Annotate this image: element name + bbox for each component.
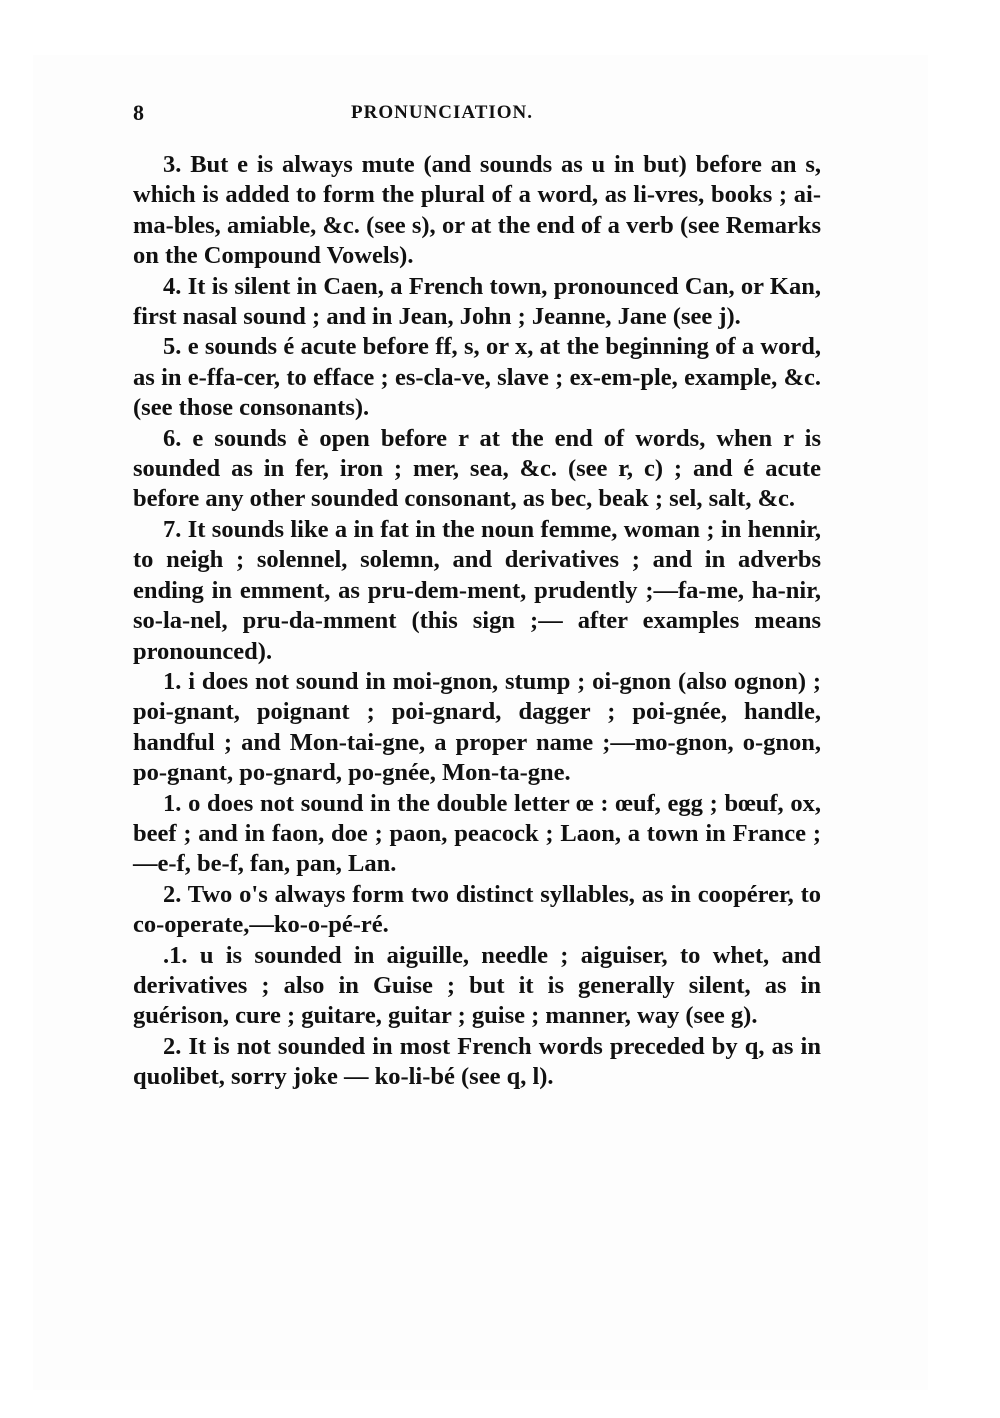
paragraph-e-rule-7: 7. It sounds like a in fat in the noun f… <box>133 515 821 667</box>
paragraph-e-rule-3: 3. But e is always mute (and sounds as u… <box>133 150 821 272</box>
paragraph-o-rule-1: 1. o does not sound in the double letter… <box>133 789 821 880</box>
paragraph-u-rule-1: .1. u is sounded in aiguille, needle ; a… <box>133 941 821 1032</box>
page-number: 8 <box>133 100 144 126</box>
page-header: 8 PRONUNCIATION. <box>133 96 821 132</box>
paragraph-o-rule-2: 2. Two o's always form two distinct syll… <box>133 880 821 941</box>
paragraph-e-rule-5: 5. e sounds é acute before ff, s, or x, … <box>133 332 821 423</box>
paragraph-e-rule-6: 6. e sounds è open before r at the end o… <box>133 424 821 515</box>
paragraph-e-rule-4: 4. It is silent in Caen, a French town, … <box>133 272 821 333</box>
body-text: 3. But e is always mute (and sounds as u… <box>133 150 821 1093</box>
book-page: 8 PRONUNCIATION. 3. But e is always mute… <box>133 96 821 1093</box>
running-title: PRONUNCIATION. <box>351 102 533 124</box>
paragraph-u-rule-2: 2. It is not sounded in most French word… <box>133 1032 821 1093</box>
paragraph-i-rule-1: 1. i does not sound in moi-gnon, stump ;… <box>133 667 821 789</box>
